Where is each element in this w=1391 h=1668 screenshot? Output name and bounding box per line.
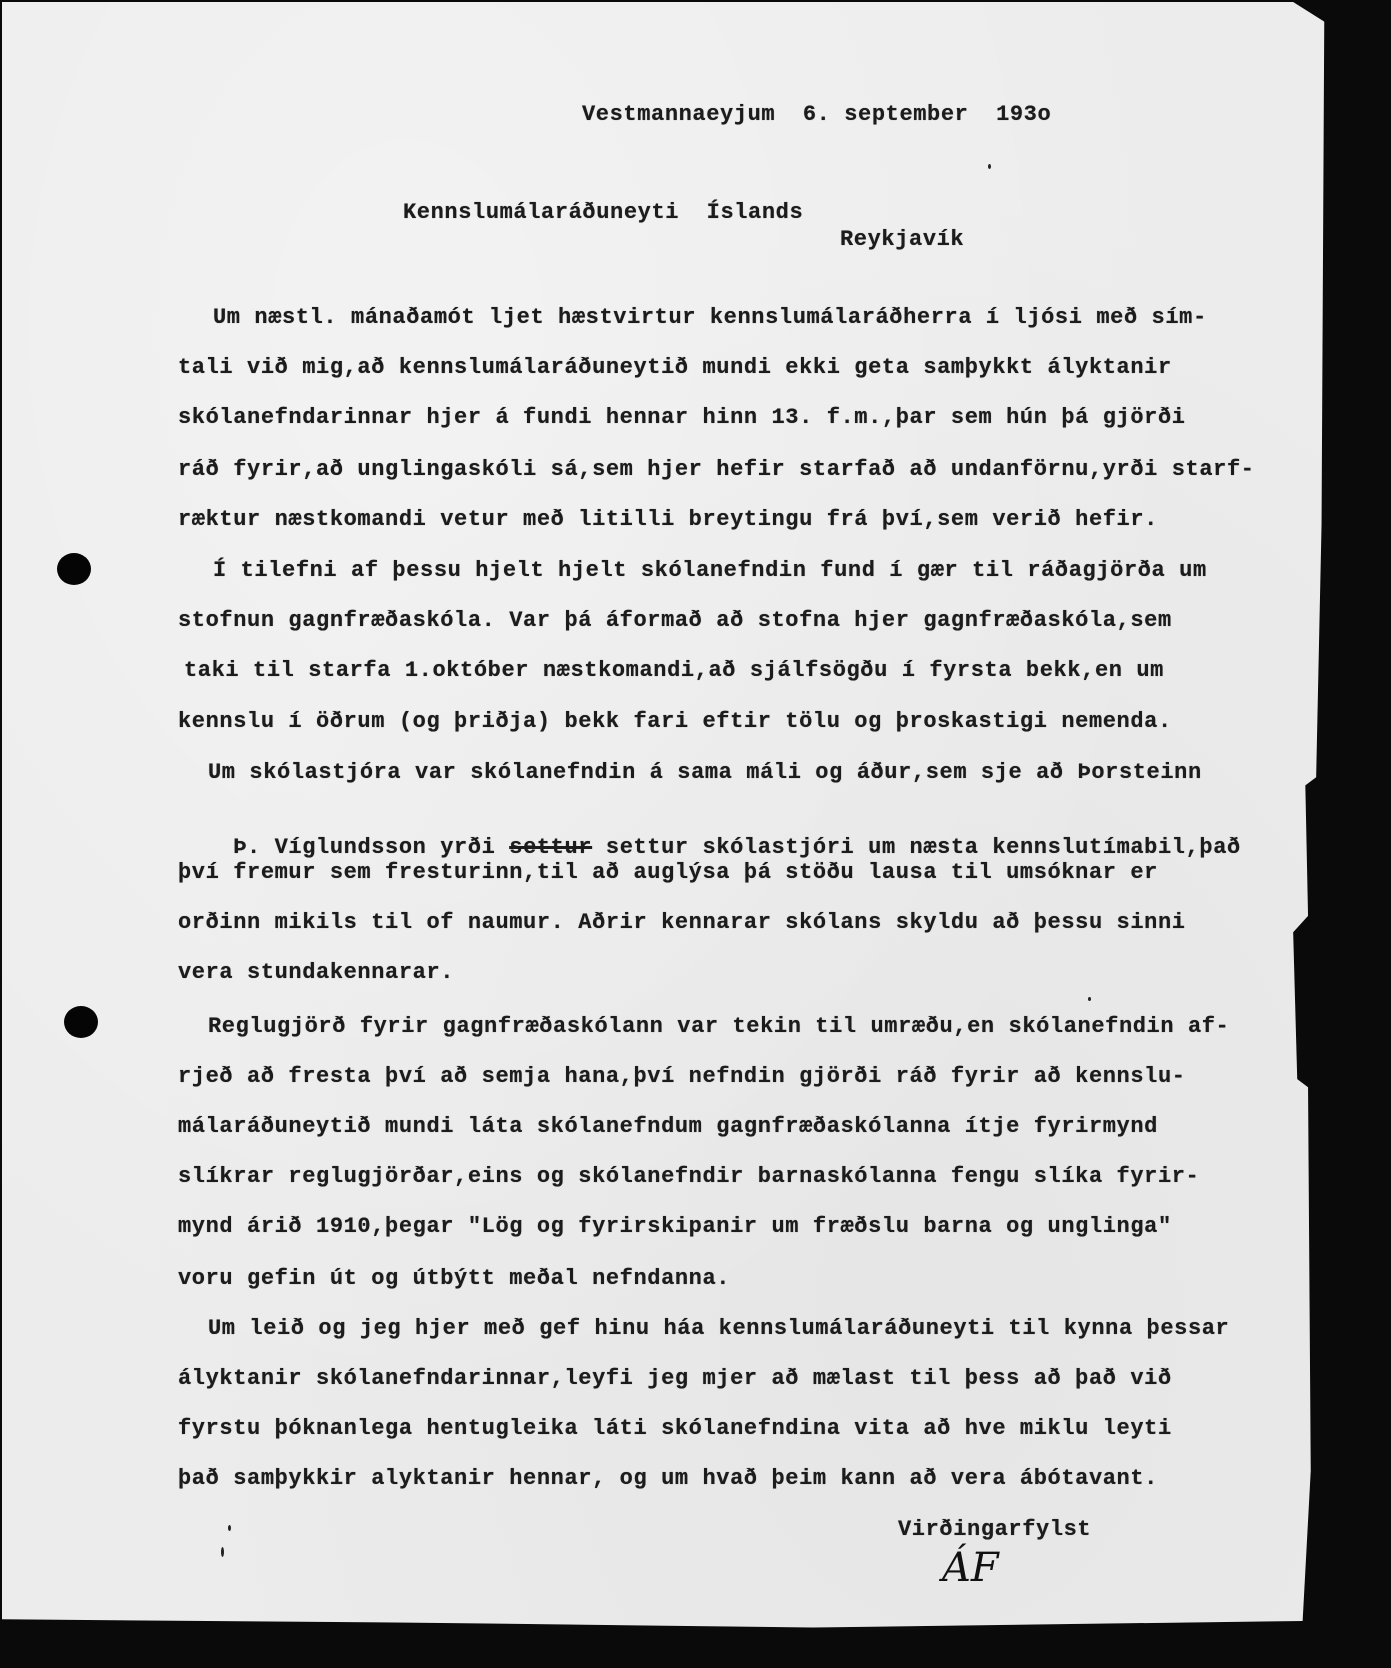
paragraph-1-line-1: Um næstl. mánaðamót ljet hæstvirtur kenn… — [213, 305, 1207, 330]
paragraph-1-line-5: ræktur næstkomandi vetur með litilli bre… — [178, 507, 1158, 532]
paragraph-5-line-2: ályktanir skólanefndarinnar,leyfi jeg mj… — [178, 1366, 1172, 1391]
closing-salutation: Virðingarfylst — [898, 1517, 1091, 1542]
paragraph-3-line-1: Um skólastjóra var skólanefndin á sama m… — [208, 760, 1202, 785]
letter-page: Vestmannaeyjum 6. september 193o Kennslu… — [2, 2, 1354, 1634]
struck-out-word: settur — [509, 835, 592, 860]
paragraph-1-line-2: tali við mig,að kennslumálaráðuneytið mu… — [178, 355, 1172, 380]
paper-speck — [988, 164, 991, 169]
handwritten-signature: ÁF — [942, 1545, 999, 1591]
paragraph-2-line-2: stofnun gagnfræðaskóla. Var þá áformað a… — [178, 608, 1172, 633]
paragraph-2-line-3: taki til starfa 1.október næstkomandi,að… — [184, 658, 1164, 683]
paper-speck — [221, 1547, 224, 1557]
punch-hole-bottom — [64, 1006, 98, 1038]
paper-speck — [1088, 997, 1091, 1001]
paragraph-4-line-2: rjeð að fresta því að semja hana,því nef… — [178, 1064, 1186, 1089]
paragraph-3-line-2-start: Þ. Víglundsson yrði — [233, 835, 509, 860]
date-line: Vestmannaeyjum 6. september 193o — [582, 102, 1051, 127]
paragraph-4-line-4: slíkrar reglugjörðar,eins og skólanefndi… — [178, 1164, 1199, 1189]
paragraph-1-line-4: ráð fyrir,að unglingaskóli sá,sem hjer h… — [178, 457, 1255, 482]
paper-speck — [228, 1525, 231, 1531]
paragraph-4-line-6: voru gefin út og útbýtt meðal nefndanna. — [178, 1266, 730, 1291]
paragraph-4-line-5: mynd árið 1910,þegar "Lög og fyrirskipan… — [178, 1214, 1172, 1239]
paragraph-5-line-4: það samþykkir alyktanir hennar, og um hv… — [178, 1466, 1158, 1491]
paragraph-4-line-3: málaráðuneytið mundi láta skólanefndum g… — [178, 1114, 1158, 1139]
punch-hole-top — [57, 553, 91, 585]
recipient-line-2: Reykjavík — [840, 227, 964, 252]
recipient-line-1: Kennslumálaráðuneyti Íslands — [403, 200, 803, 225]
paragraph-1-line-3: skólanefndarinnar hjer á fundi hennar hi… — [178, 405, 1186, 430]
paragraph-3-line-3: því fremur sem fresturinn,til að auglýsa… — [178, 860, 1158, 885]
paragraph-4-line-1: Reglugjörð fyrir gagnfræðaskólann var te… — [208, 1014, 1229, 1039]
paragraph-3-line-5: vera stundakennarar. — [178, 960, 454, 985]
paragraph-3-line-4: orðinn mikils til of naumur. Aðrir kenna… — [178, 910, 1186, 935]
paragraph-2-line-4: kennslu í öðrum (og þriðja) bekk fari ef… — [178, 709, 1172, 734]
paragraph-2-line-1: Í tilefni af þessu hjelt hjelt skólanefn… — [213, 558, 1207, 583]
paragraph-5-line-1: Um leið og jeg hjer með gef hinu háa ken… — [208, 1316, 1229, 1341]
paragraph-3-line-2-rest: settur skólastjóri um næsta kennslutímab… — [592, 835, 1241, 860]
paragraph-5-line-3: fyrstu þóknanlega hentugleika láti skóla… — [178, 1416, 1172, 1441]
